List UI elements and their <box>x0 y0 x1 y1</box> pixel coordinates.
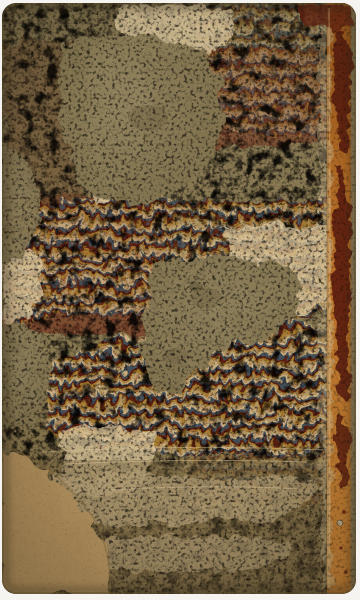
vignette <box>2 3 356 594</box>
book-cover-illustration <box>0 0 360 600</box>
photograph <box>0 0 360 600</box>
book-cover <box>0 3 356 596</box>
